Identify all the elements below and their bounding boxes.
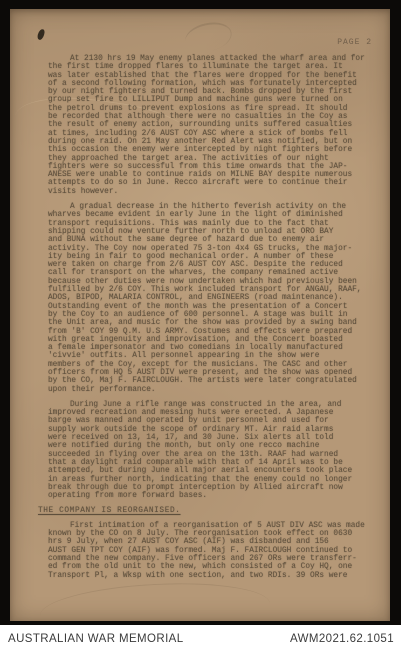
paper-page: PAGE 2 At 2130 hrs 19 May enemy planes a… — [10, 9, 390, 621]
section-heading-reorganised: THE COMPANY IS REORGANISED. — [38, 507, 380, 515]
body-paragraph-reorganisation: First intimation of a reorganisation of … — [48, 522, 380, 580]
ink-blot-mark — [37, 28, 46, 40]
screenshot-frame: PAGE 2 At 2130 hrs 19 May enemy planes a… — [0, 0, 401, 653]
document-scan: PAGE 2 At 2130 hrs 19 May enemy planes a… — [0, 0, 401, 625]
body-paragraph-air-raid: At 2130 hrs 19 May enemy planes attacked… — [48, 55, 380, 196]
body-paragraph-wharf-activity: A gradual decrease in the hitherto fever… — [48, 203, 380, 394]
page-number: PAGE 2 — [337, 38, 372, 47]
archive-caption-bar: AUSTRALIAN WAR MEMORIAL AWM2021.62.1051 — [0, 625, 401, 653]
typewritten-body: At 2130 hrs 19 May enemy planes attacked… — [48, 55, 380, 587]
body-paragraph-june-events: During June a rifle range was constructe… — [48, 401, 380, 501]
pencil-smudge-mark — [183, 18, 235, 55]
archive-item-id: AWM2021.62.1051 — [290, 633, 394, 645]
archive-name-label: AUSTRALIAN WAR MEMORIAL — [8, 633, 184, 645]
